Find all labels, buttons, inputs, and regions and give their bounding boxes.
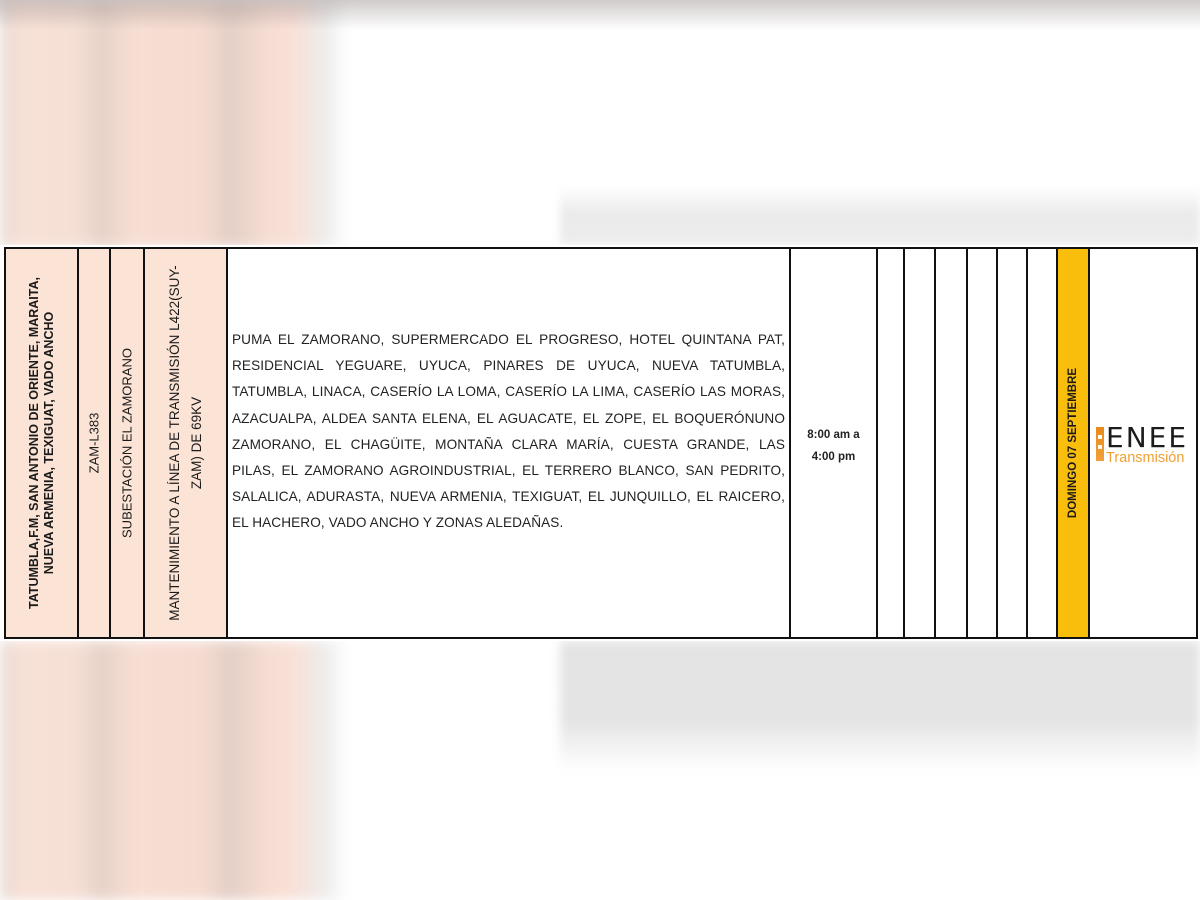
empty-day-cell: [1028, 249, 1058, 637]
date-text: DOMINGO 07 SEPTIEMBRE: [1067, 368, 1079, 518]
empty-day-cell: [936, 249, 968, 637]
empty-day-cell: [905, 249, 936, 637]
work-description-text: MANTENIMIENTO A LÍNEA DE TRANSMISIÓN L42…: [164, 253, 208, 633]
circuit-cell: ZAM-L383: [79, 249, 111, 637]
time-range: 8:00 am a 4:00 pm: [791, 424, 876, 468]
logo-name: ENEE: [1106, 423, 1188, 453]
time-cell: 8:00 am a 4:00 pm: [791, 249, 878, 637]
enee-logo: ENEE Transmisión: [1096, 423, 1196, 467]
schedule-table: TATUMBLA,F.M, SAN ANTONIO DE ORIENTE, MA…: [4, 247, 1198, 639]
empty-day-cell: [878, 249, 905, 637]
work-description-cell: MANTENIMIENTO A LÍNEA DE TRANSMISIÓN L42…: [145, 249, 228, 637]
circuit-text: ZAM-L383: [87, 413, 102, 474]
blurred-background-bottom: [0, 641, 1200, 900]
sectors-text: TATUMBLA,F.M, SAN ANTONIO DE ORIENTE, MA…: [27, 263, 57, 623]
enee-logo-mark-icon: [1096, 427, 1104, 461]
affected-areas-text: PUMA EL ZAMORANO, SUPERMERCADO EL PROGRE…: [232, 327, 785, 537]
sectors-cell: TATUMBLA,F.M, SAN ANTONIO DE ORIENTE, MA…: [6, 249, 79, 637]
logo-cell: ENEE Transmisión: [1090, 249, 1196, 637]
affected-areas-cell: PUMA EL ZAMORANO, SUPERMERCADO EL PROGRE…: [228, 249, 791, 637]
time-end: 4:00 pm: [791, 446, 876, 468]
date-cell: DOMINGO 07 SEPTIEMBRE: [1058, 249, 1090, 637]
substation-text: SUBESTACIÓN EL ZAMORANO: [120, 348, 135, 538]
substation-cell: SUBESTACIÓN EL ZAMORANO: [111, 249, 145, 637]
blurred-background-top: [0, 0, 1200, 247]
logo-subtitle: Transmisión: [1106, 450, 1184, 466]
empty-day-cell: [998, 249, 1028, 637]
time-start: 8:00 am a: [791, 424, 876, 446]
empty-day-cell: [968, 249, 998, 637]
outage-schedule-row: TATUMBLA,F.M, SAN ANTONIO DE ORIENTE, MA…: [0, 245, 1200, 643]
